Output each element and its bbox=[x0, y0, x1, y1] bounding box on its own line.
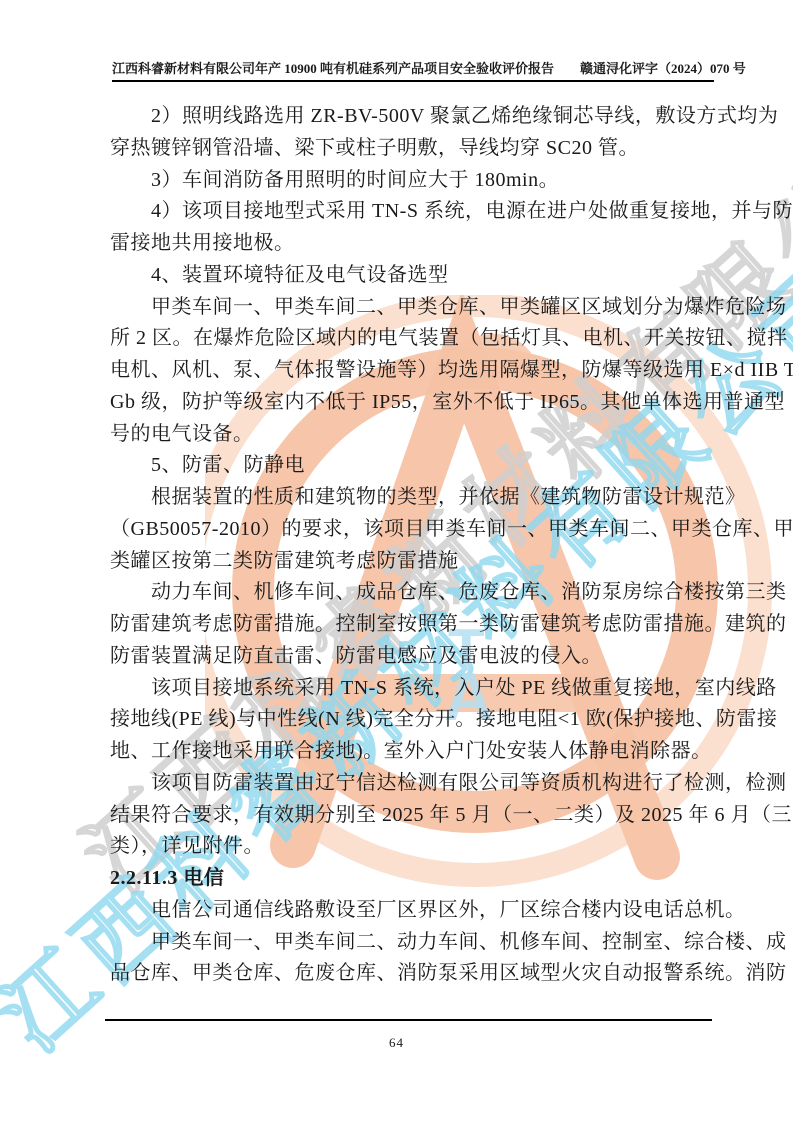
text-line: 类），详见附件。 bbox=[110, 831, 722, 863]
text-line: 号的电气设备。 bbox=[110, 419, 722, 451]
page-header: 江西科睿新材料有限公司年产 10900 吨有机硅系列产品项目安全验收评价报告 赣… bbox=[112, 60, 714, 82]
text-line: 2）照明线路选用 ZR-BV-500V 聚氯乙烯绝缘铜芯导线，敷设方式均为 bbox=[110, 101, 722, 133]
section-heading: 2.2.11.3 电信 bbox=[110, 863, 722, 895]
text-line: 接地线(PE 线)与中性线(N 线)完全分开。接地电阻<1 欧(保护接地、防雷接 bbox=[110, 704, 722, 736]
text-line: （GB50057-2010）的要求，该项目甲类车间一、甲类车间二、甲类仓库、甲 bbox=[110, 514, 722, 546]
text-line: 5、防雷、防静电 bbox=[110, 450, 722, 482]
page-number: 64 bbox=[0, 1035, 793, 1051]
text-line: 类罐区按第二类防雷建筑考虑防雷措施 bbox=[110, 546, 722, 578]
header-report-title: 江西科睿新材料有限公司年产 10900 吨有机硅系列产品项目安全验收评价报告 bbox=[112, 60, 554, 77]
text-line: 4）该项目接地型式采用 TN-S 系统，电源在进户处做重复接地，并与防 bbox=[110, 196, 722, 228]
text-line: 该项目接地系统采用 TN-S 系统，入户处 PE 线做重复接地，室内线路 bbox=[110, 673, 722, 705]
text-line: Gb 级，防护等级室内不低于 IP55，室外不低于 IP65。其他单体选用普通型 bbox=[110, 387, 722, 419]
text-line: 甲类车间一、甲类车间二、动力车间、机修车间、控制室、综合楼、成 bbox=[110, 927, 722, 959]
text-line: 雷接地共用接地极。 bbox=[110, 228, 722, 260]
text-line: 电机、风机、泵、气体报警设施等）均选用隔爆型，防爆等级选用 E×d IIB T4 bbox=[110, 355, 722, 387]
text-line: 所 2 区。在爆炸危险区域内的电气装置（包括灯具、电机、开关按钮、搅拌 bbox=[110, 323, 722, 355]
body-lines: 2）照明线路选用 ZR-BV-500V 聚氯乙烯绝缘铜芯导线，敷设方式均为穿热镀… bbox=[110, 101, 722, 990]
text-line: 结果符合要求，有效期分别至 2025 年 5 月（一、二类）及 2025 年 6… bbox=[110, 800, 722, 832]
footer-rule bbox=[105, 1019, 712, 1021]
text-line: 防雷建筑考虑防雷措施。控制室按照第一类防雷建筑考虑防雷措施。建筑的 bbox=[110, 609, 722, 641]
text-line: 防雷装置满足防直击雷、防雷电感应及雷电波的侵入。 bbox=[110, 641, 722, 673]
text-line: 该项目防雷装置由辽宁信达检测有限公司等资质机构进行了检测，检测 bbox=[110, 768, 722, 800]
text-line: 品仓库、甲类仓库、危废仓库、消防泵采用区域型火灾自动报警系统。消防 bbox=[110, 958, 722, 990]
header-document-number: 赣通浔化评字（2024）070 号 bbox=[580, 60, 746, 77]
text-line: 4、装置环境特征及电气设备选型 bbox=[110, 260, 722, 292]
text-line: 3）车间消防备用照明的时间应大于 180min。 bbox=[110, 165, 722, 197]
document-page: 江西科睿新材料有限公司 江西科睿新材料有限公司 T A 江西科睿新材料有限公司年… bbox=[0, 0, 793, 1122]
text-line: 电信公司通信线路敷设至厂区界区外，厂区综合楼内设电话总机。 bbox=[110, 895, 722, 927]
text-line: 穿热镀锌钢管沿墙、梁下或柱子明敷，导线均穿 SC20 管。 bbox=[110, 133, 722, 165]
text-line: 动力车间、机修车间、成品仓库、危废仓库、消防泵房综合楼按第三类 bbox=[110, 577, 722, 609]
text-line: 根据装置的性质和建筑物的类型，并依据《建筑物防雷设计规范》 bbox=[110, 482, 722, 514]
text-line: 地、工作接地采用联合接地)。室外入户门处安装人体静电消除器。 bbox=[110, 736, 722, 768]
text-line: 甲类车间一、甲类车间二、甲类仓库、甲类罐区区域划分为爆炸危险场 bbox=[110, 292, 722, 324]
